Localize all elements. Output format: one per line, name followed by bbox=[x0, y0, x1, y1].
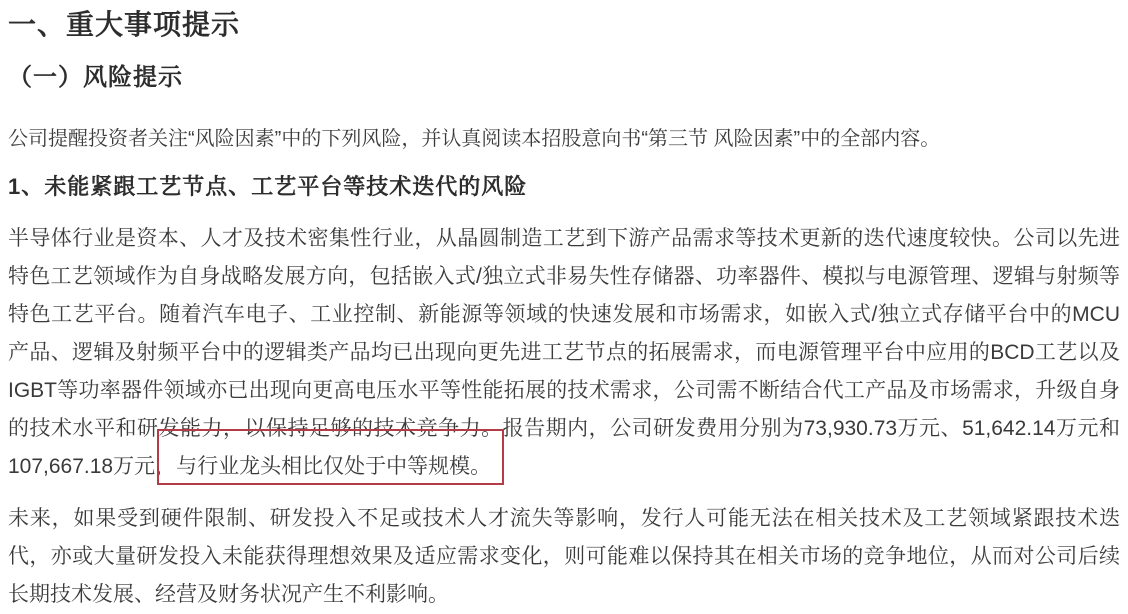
text-line: 代，亦或大量研发投入未能获得理想效果及适应需求变化，则可能难以保持其在相关市场的… bbox=[8, 538, 1120, 576]
intro-paragraph: 公司提醒投资者关注“风险因素”中的下列风险，并认真阅读本招股意向书“第三节 风险… bbox=[8, 120, 1120, 158]
subsection-title-risk-notice: （一）风险提示 bbox=[8, 63, 1120, 92]
text-line: 的技术水平和研发能力，以保持足够的技术竞争力。报告期内，公司研发费用分别为73,… bbox=[8, 410, 1120, 448]
risk-item-1-title: 1、未能紧跟工艺节点、工艺平台等技术迭代的风险 bbox=[8, 173, 1120, 200]
risk-paragraph-1: 半导体行业是资本、人才及技术密集性行业，从晶圆制造工艺到下游产品需求等技术更新的… bbox=[8, 220, 1120, 486]
text-line: 未来，如果受到硬件限制、研发投入不足或技术人才流失等影响，发行人可能无法在相关技… bbox=[8, 500, 1120, 538]
text-line: 半导体行业是资本、人才及技术密集性行业，从晶圆制造工艺到下游产品需求等技术更新的… bbox=[8, 220, 1120, 258]
prospectus-document: 一、重大事项提示 （一）风险提示 公司提醒投资者关注“风险因素”中的下列风险，并… bbox=[0, 0, 1128, 614]
text-line: IGBT等功率器件领域亦已出现向更高电压水平等性能拓展的技术需求，公司需不断结合… bbox=[8, 372, 1120, 410]
text-line: 特色工艺平台。随着汽车电子、工业控制、新能源等领域的快速发展和市场需求，如嵌入式… bbox=[8, 296, 1120, 334]
text-line: 长期技术发展、经营及财务状况产生不利影响。 bbox=[8, 576, 1120, 614]
text-line: 产品、逻辑及射频平台中的逻辑类产品均已出现向更先进工艺节点的拓展需求，而电源管理… bbox=[8, 334, 1120, 372]
text-line: 特色工艺领域作为自身战略发展方向，包括嵌入式/独立式非易失性存储器、功率器件、模… bbox=[8, 258, 1120, 296]
text-line: 107,667.18万元，与行业龙头相比仅处于中等规模。 bbox=[8, 448, 1120, 486]
section-title: 一、重大事项提示 bbox=[8, 8, 1120, 42]
risk-paragraph-2: 未来，如果受到硬件限制、研发投入不足或技术人才流失等影响，发行人可能无法在相关技… bbox=[8, 500, 1120, 614]
